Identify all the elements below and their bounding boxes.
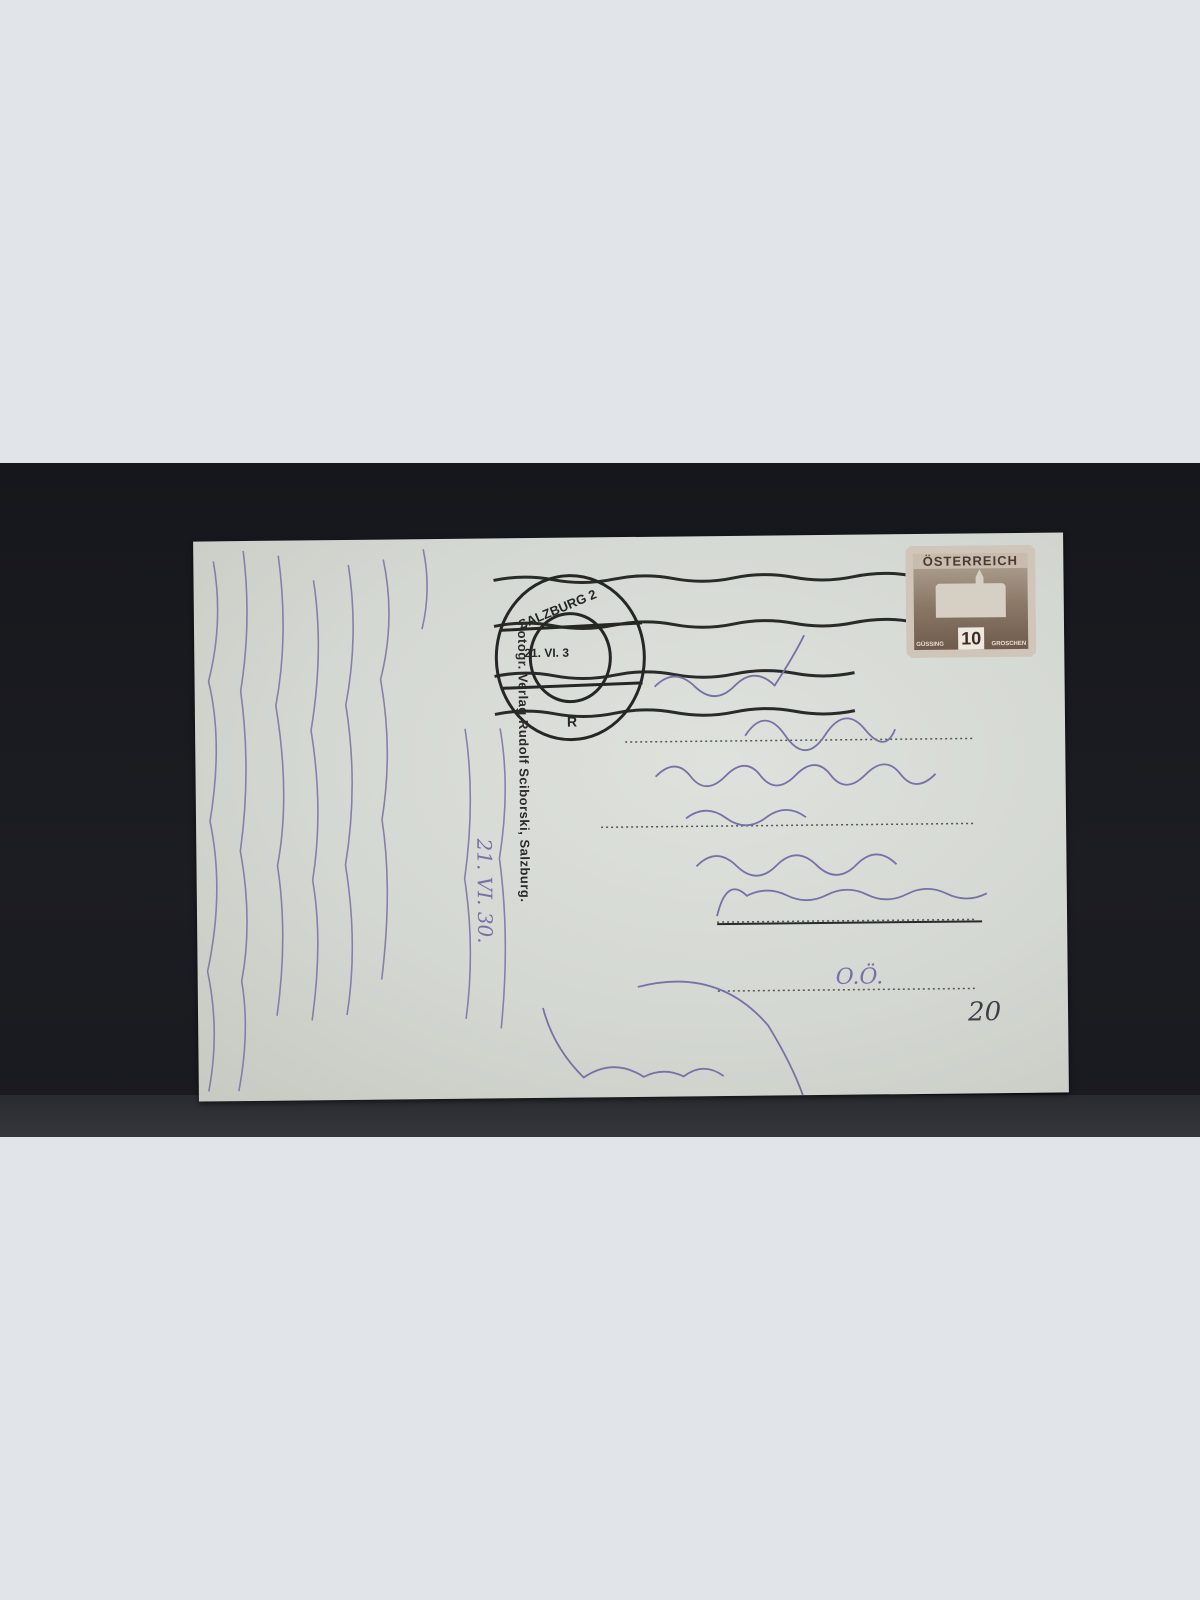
shelf-edge bbox=[0, 1095, 1200, 1137]
castle-icon bbox=[936, 583, 1006, 618]
handwritten-date: 21. VI. 30. bbox=[472, 838, 497, 943]
stamp-unit: GROSCHEN bbox=[992, 641, 1027, 647]
handwritten-region: O.Ö. bbox=[836, 964, 884, 989]
stamp-place: GÜSSING bbox=[916, 642, 944, 648]
postmark-date: 21. VI. 3 bbox=[524, 646, 569, 660]
postage-stamp: ÖSTERREICH GÜSSING 10 GROSCHEN bbox=[905, 545, 1036, 658]
stamp-value: 10 bbox=[958, 627, 984, 649]
publisher-line: Fotogr. Verlag Rudolf Sciborski, Salzbur… bbox=[515, 622, 533, 902]
handwriting-address bbox=[539, 633, 989, 1101]
strike-through-line bbox=[717, 921, 982, 924]
postmark-mark: R bbox=[567, 714, 577, 730]
stamp-country: ÖSTERREICH bbox=[913, 553, 1027, 569]
postcard: SALZBURG 2 21. VI. 3 R Fotogr. Verlag Ru… bbox=[193, 532, 1069, 1101]
handwriting-message bbox=[203, 548, 508, 1091]
handwritten-number: 20 bbox=[968, 997, 1001, 1027]
